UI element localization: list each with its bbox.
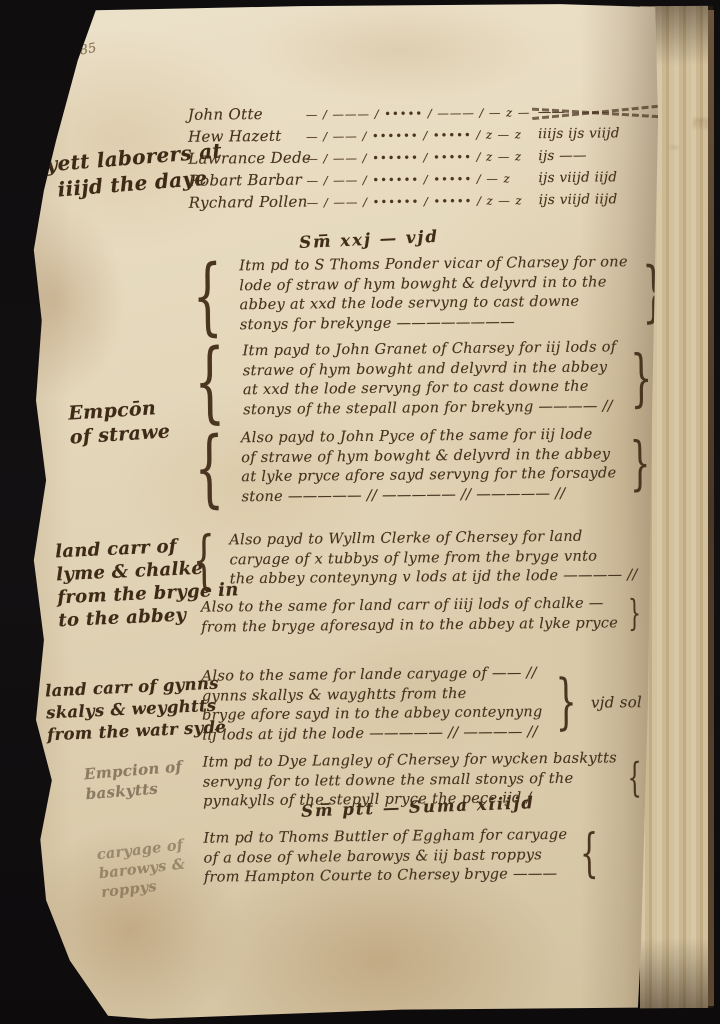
laborer-amount: —— (538, 103, 666, 120)
manuscript-photo: 185 yett laborers at iiijd the daye John… (0, 0, 720, 1024)
edge-ink-mark: ~ (668, 140, 680, 156)
laborer-row: Rychard Pollen — / —— / •••••• / ••••• /… (189, 189, 667, 216)
entry-line: the abbey conteynyng v lods at ijd the l… (230, 566, 638, 590)
margin-note-lyme-chalke: land carr of lyme & chalke from the bryg… (55, 532, 241, 632)
laborer-name: Rychard Pollen (189, 193, 307, 212)
tally-marks: — / —— / •••••• / ••••• / z — z (306, 127, 532, 143)
entry-line: stonys for brekynge ———————— (240, 312, 629, 336)
summa-line-top: Sm̅ xxj — vjd (299, 227, 440, 252)
account-entry: { Also payd to Wyllm Clerke of Chersey f… (183, 527, 662, 591)
entry-line: from the bryge aforesayd in to the abbey… (201, 614, 618, 638)
laborer-name: Lawrance Dede (188, 149, 306, 168)
right-brace: { (628, 760, 643, 797)
tally-marks: — / —— / •••••• / ••••• / — z (306, 171, 532, 187)
entry-text: Itm pd to S Thoms Ponder vicar of Charse… (239, 253, 628, 335)
margin-note-caryage: caryage of barowys & roppys (96, 835, 189, 902)
page-content: 185 yett laborers at iiijd the daye John… (0, 0, 720, 1024)
laborer-amount: ijs viijd iijd (538, 169, 666, 186)
entry-line: Also to the same for lande caryage of ——… (202, 664, 543, 687)
account-entry: { Also payd to John Pyce of the same for… (182, 425, 661, 508)
entry-line: abbey at xxd the lode servyng to cast do… (239, 292, 628, 316)
book-spine-sliver (708, 10, 714, 1006)
entry-text: Itm pd to Thoms Buttler of Eggham for ca… (203, 826, 568, 888)
account-entry: { Itm payd to John Granet of Charsey for… (181, 337, 660, 423)
entry-line: iij lods at ijd the lode ————— // ———— /… (202, 723, 543, 746)
margin-note-straw: Empcōn of strawe (68, 395, 171, 449)
account-entry: Also to the same for lande caryage of ——… (202, 663, 681, 746)
entry-line: stonys of the stepall apon for brekyng —… (243, 397, 617, 420)
left-brace: { (194, 341, 226, 422)
entry-text: Itm payd to John Granet of Charsey for i… (243, 339, 618, 421)
right-brace: } (556, 675, 578, 730)
tally-marks: — / —— / •••••• / ••••• / z — z (306, 149, 532, 165)
right-brace: } (628, 597, 641, 630)
entry-line: stone ————— // ————— // ————— // (241, 484, 616, 507)
account-entry: { Itm pd to S Thoms Ponder vicar of Char… (180, 253, 659, 336)
margin-note-baskytts: Empcion of baskytts (83, 757, 184, 805)
left-brace: { (192, 258, 222, 336)
margin-note-gynns: land carr of gynns skalys & weyghtts fro… (45, 672, 227, 746)
right-brace: { (580, 831, 599, 879)
left-brace: { (194, 430, 224, 508)
account-entry: Also to the same for land carr of iiij l… (201, 594, 679, 638)
tally-marks: — / ——— / ••••• / ——— / — z — (306, 105, 532, 121)
entry-text: Also payd to Wyllm Clerke of Chersey for… (229, 527, 638, 590)
margin-line: of strawe (69, 419, 171, 449)
laborer-amount: iiijs ijs viijd (538, 125, 666, 142)
entry-line: from Hampton Courte to Chersey bryge ——— (204, 865, 568, 888)
edge-ink-mark: m (692, 112, 709, 133)
laborer-name: John Otte (188, 105, 306, 124)
laborer-amount: ijs —— (538, 147, 666, 164)
folio-number: 185 (70, 41, 98, 60)
right-brace: } (629, 437, 650, 491)
laborers-list: John Otte — / ——— / ••••• / ——— / — z — … (188, 101, 667, 216)
entry-text: Also to the same for land carr of iiij l… (201, 594, 618, 637)
account-entry: Itm pd to Thoms Buttler of Eggham for ca… (203, 825, 682, 889)
laborer-name: Hew Hazett (188, 127, 306, 146)
entry-text: Also to the same for lande caryage of ——… (202, 664, 543, 746)
right-brace: } (630, 349, 652, 406)
laborer-amount: ijs viijd iijd (539, 191, 667, 208)
laborer-name: Robart Barbar (188, 171, 306, 190)
entry-text: Also payd to John Pyce of the same for i… (241, 425, 617, 507)
manuscript-leaf: 185 yett laborers at iiijd the daye John… (0, 0, 720, 1024)
tally-marks: — / —— / •••••• / ••••• / z — z (307, 193, 533, 209)
